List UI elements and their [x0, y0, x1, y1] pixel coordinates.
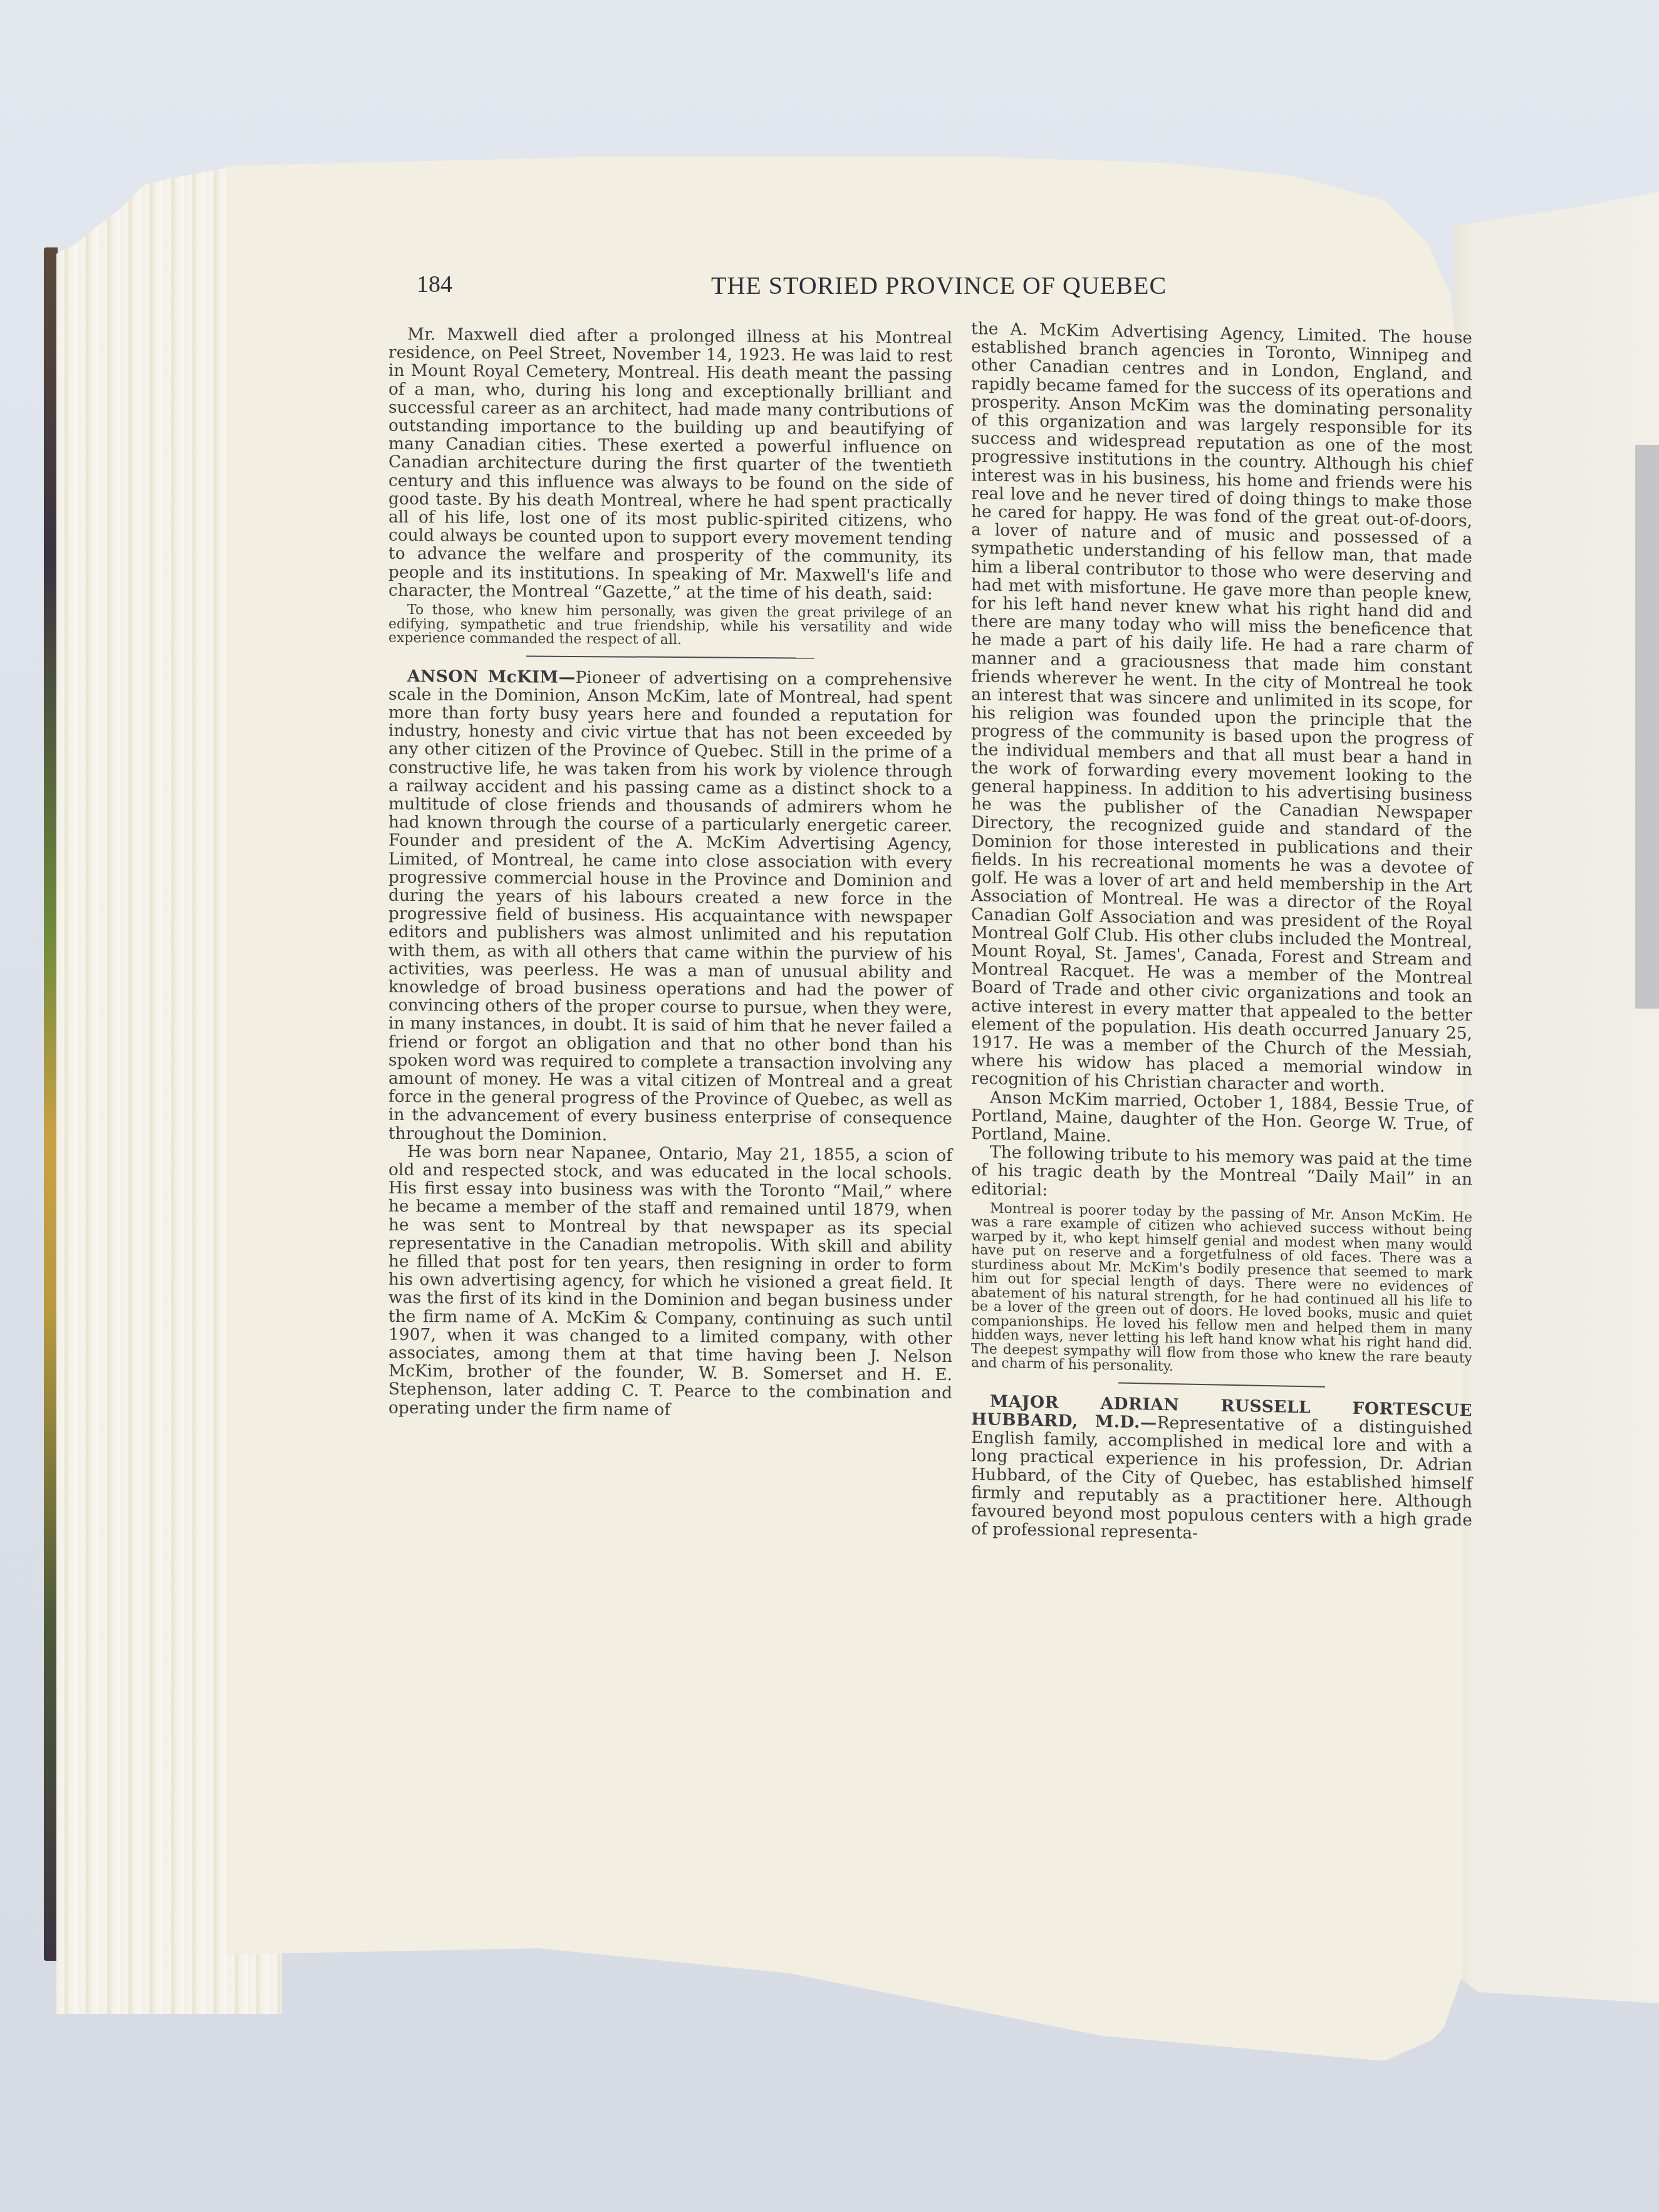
mckim-heading: ANSON McKIM— — [407, 667, 575, 687]
facing-page — [1454, 188, 1659, 2005]
tribute-intro: The following tribute to his memory was … — [971, 1143, 1472, 1207]
maxwell-paragraph: Mr. Maxwell died after a prolonged illne… — [388, 325, 952, 603]
facing-page-photo-edge — [1635, 445, 1659, 1009]
section-divider — [526, 655, 814, 658]
section-divider — [1118, 1382, 1325, 1387]
mckim-continuation: the A. McKim Advertising Agency, Limited… — [971, 319, 1472, 1098]
right-column: the A. McKim Advertising Agency, Limited… — [971, 319, 1472, 1548]
mckim-intro-paragraph: ANSON McKIM—Pioneer of advertising on a … — [388, 667, 952, 1146]
hubbard-intro-paragraph: MAJOR ADRIAN RUSSELL FORTESCUE HUBBARD, … — [971, 1392, 1472, 1548]
mckim-birth-paragraph: He was born near Napanee, Ontario, May 2… — [388, 1143, 952, 1421]
left-column: Mr. Maxwell died after a prolonged illne… — [388, 325, 952, 1421]
page-header: 184 THE STORIED PROVINCE OF QUEBEC — [417, 271, 1244, 308]
page-number: 184 — [417, 271, 452, 298]
daily-mail-quote: Montreal is poorer today by the passing … — [971, 1202, 1472, 1380]
marriage-paragraph: Anson McKim married, October 1, 1884, Be… — [971, 1088, 1472, 1153]
hubbard-intro-text: Representative of a distinguished Englis… — [971, 1413, 1472, 1543]
gazette-quote: To those, who knew him personally, was g… — [388, 603, 952, 650]
running-title: THE STORIED PROVINCE OF QUEBEC — [711, 271, 1167, 300]
mckim-intro-text: Pioneer of advertising on a comprehensiv… — [388, 667, 952, 1144]
book-cover-edge — [44, 247, 58, 1961]
